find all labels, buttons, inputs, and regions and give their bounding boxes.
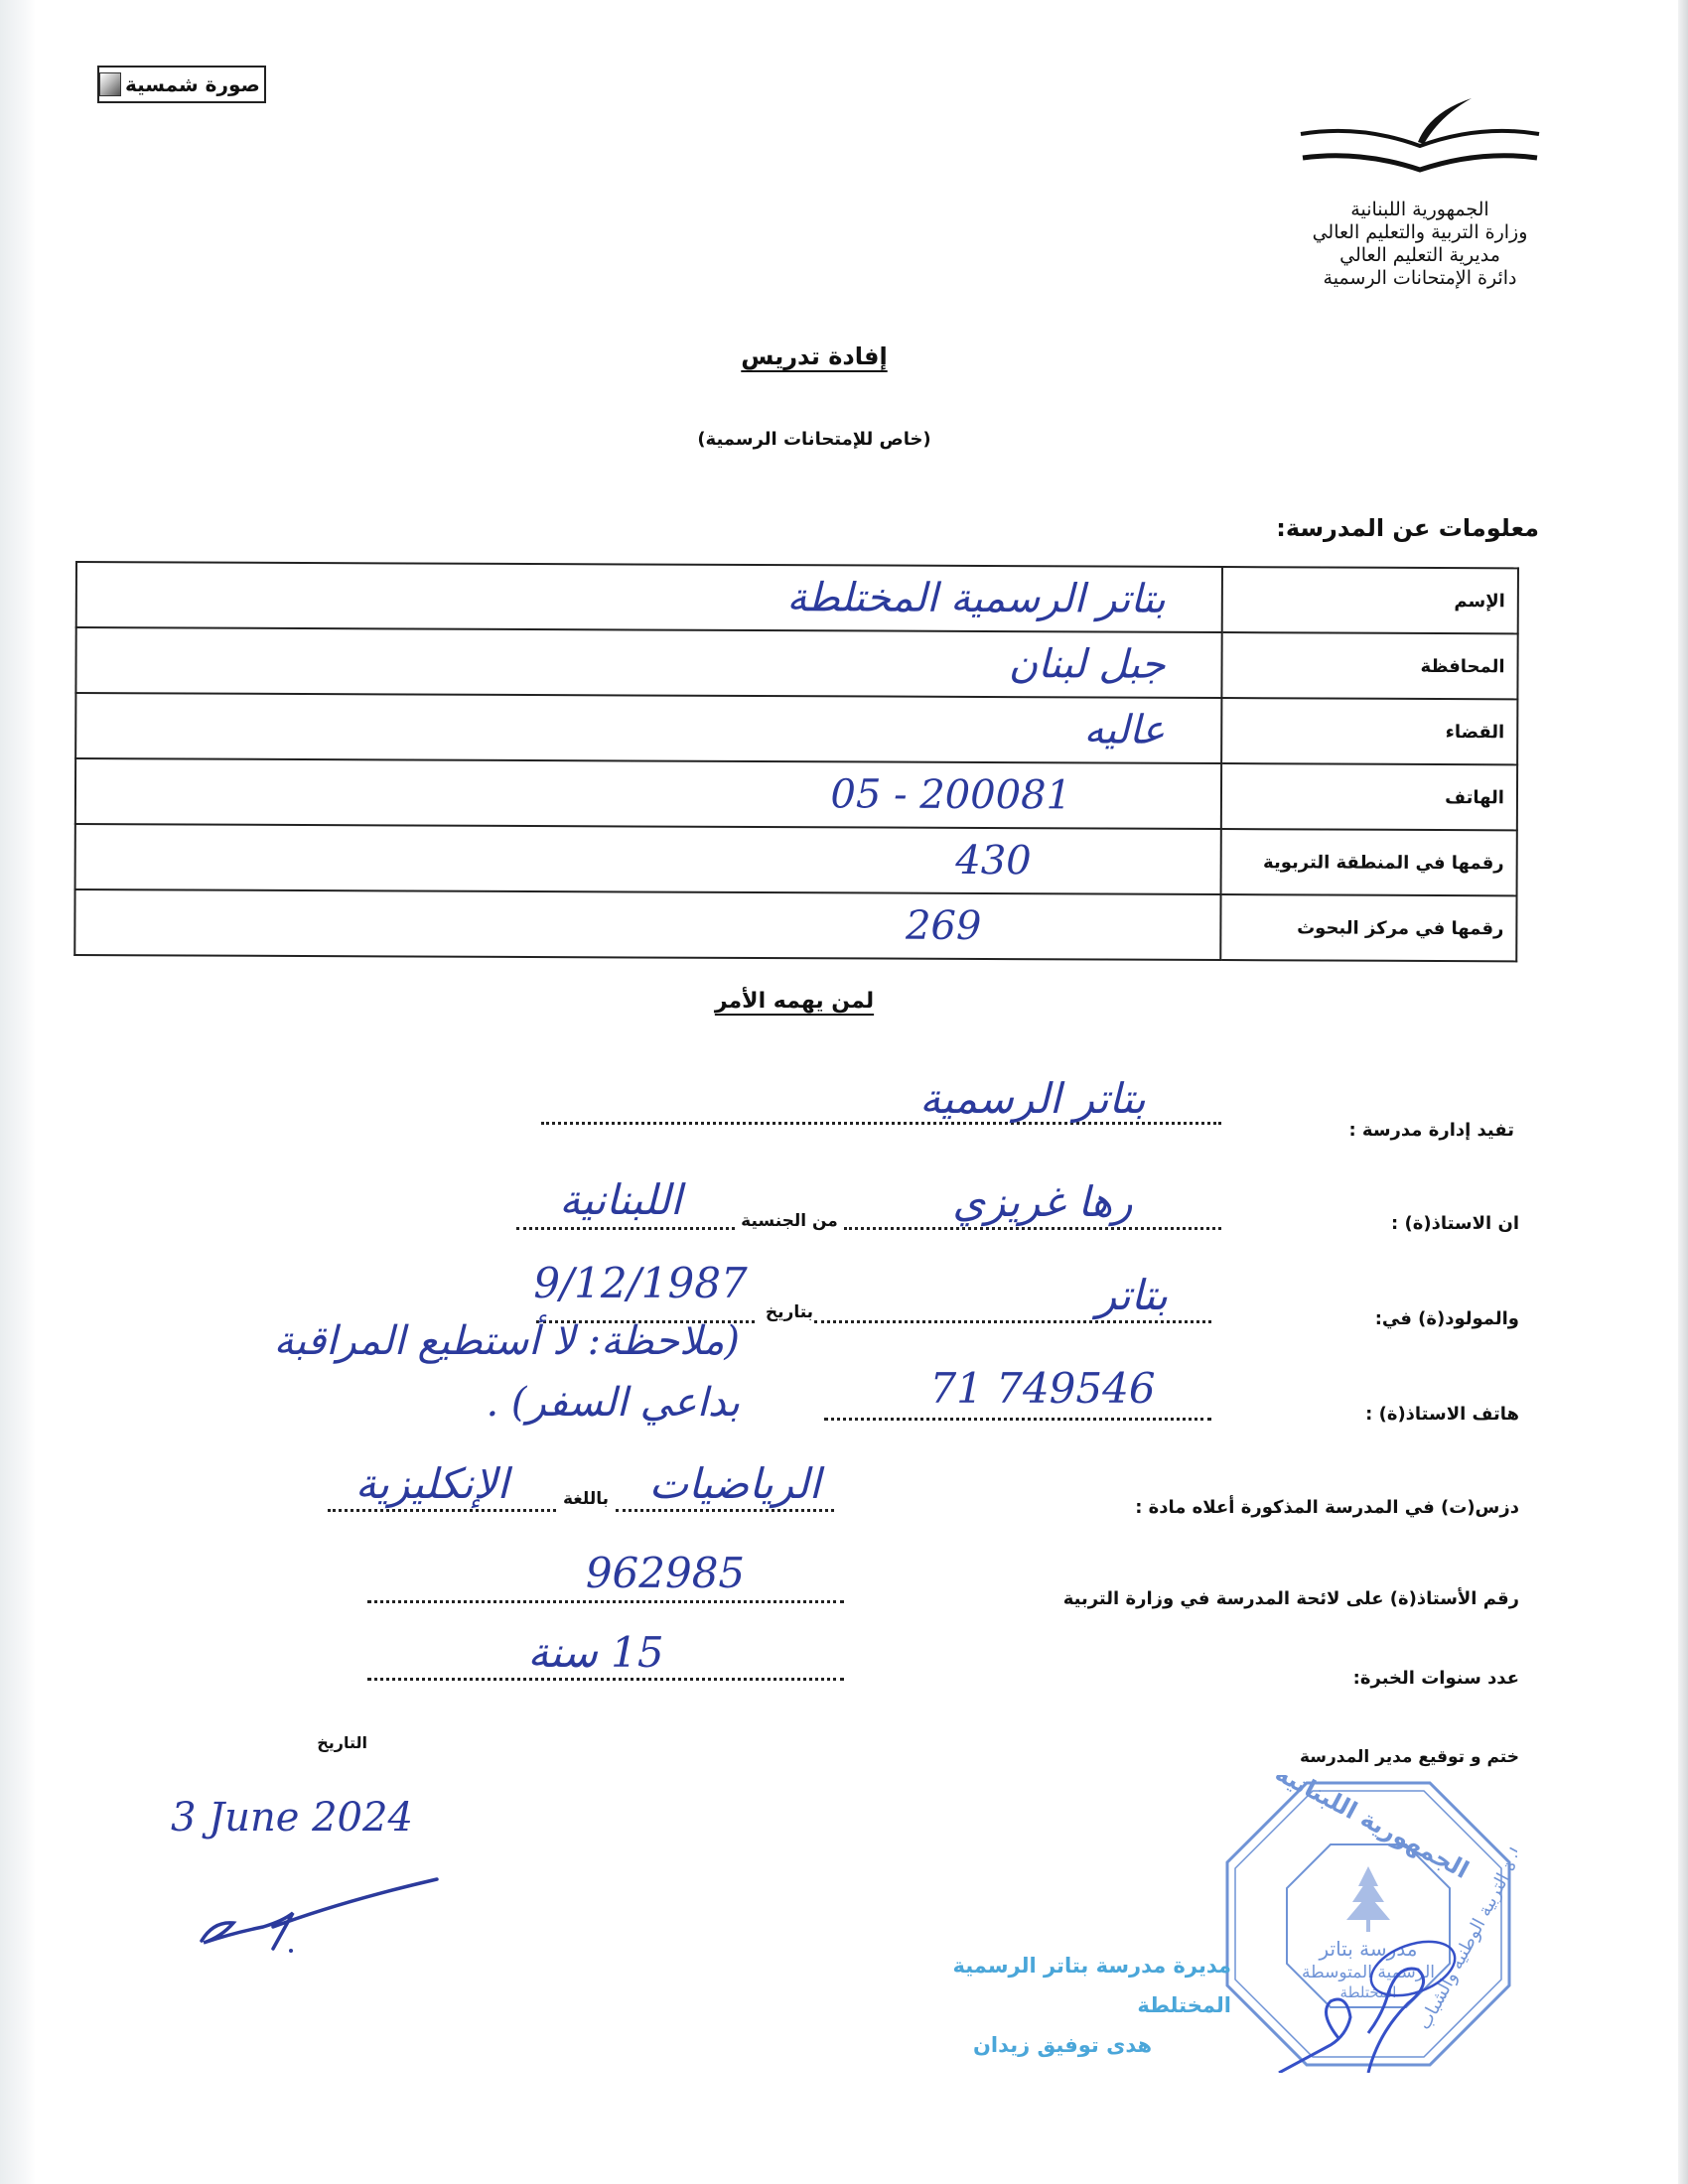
document-title: إفادة تدريس [695, 342, 933, 370]
director-block: مديرة مدرسة بتاتر الرسمية المختلطة هدى ت… [894, 1946, 1231, 2065]
phone-value: 05 - 200081 [75, 758, 1221, 829]
birth-date-value: 9/12/1987 [531, 1259, 750, 1307]
handwritten-value: 05 - 200081 [830, 771, 1071, 818]
date-value: 3 June 2024 [171, 1795, 489, 1841]
header-line-department: دائرة الإمتحانات الرسمية [1281, 267, 1559, 290]
nationality-label: من الجنسية [735, 1211, 844, 1231]
scan-left-edge [0, 0, 36, 2184]
teacher-phone-dotted-line [824, 1418, 1211, 1421]
research-center-number-value: 269 [74, 889, 1220, 960]
nationality-value: اللبنانية [506, 1175, 735, 1224]
teacher-phone-label: هاتف الاستاذ(ة) : [1321, 1404, 1519, 1425]
photo-placeholder: صورة شمسية [97, 66, 266, 103]
table-row: 269 رقمها في مركز البحوث [74, 889, 1516, 961]
experience-dotted-line [367, 1678, 844, 1681]
header-line-directorate: مديرية التعليم العالي [1281, 244, 1559, 267]
language-value: الإنكليزية [308, 1459, 556, 1508]
header-line-ministry: وزارة التربية والتعليم العالي [1281, 221, 1559, 244]
note-line-2: بداعي السفر) . [144, 1372, 740, 1433]
teacher-number-label: رقم الأستاذ(ة) على لائحة المدرسة في وزار… [1033, 1588, 1519, 1609]
birth-place-dotted-line [814, 1320, 1211, 1323]
subject-value: الرياضيات [616, 1459, 854, 1508]
school-info-table: بتاتر الرسمية المختلطة الإسم جبل لبنان ا… [73, 561, 1519, 962]
ministry-header: الجمهورية اللبنانية وزارة التربية والتعل… [1281, 199, 1559, 290]
birth-date-label: بتاريخ [755, 1302, 824, 1322]
photo-placeholder-label: صورة شمسية [125, 72, 260, 96]
stamp-signature-label: ختم و توقيع مدير المدرسة [1261, 1747, 1519, 1767]
language-dotted-line [328, 1509, 556, 1512]
school-admin-label: تفيد إدارة مدرسة : [1291, 1120, 1514, 1141]
note-line-1: (ملاحظة: لا أستطيع المراقبة [144, 1310, 740, 1372]
teacher-number-dotted-line [367, 1600, 844, 1603]
attention-text: لمن يهمه الأمر [715, 989, 874, 1014]
school-admin-value: بتاتر الرسمية [834, 1074, 1231, 1123]
nationality-dotted-line [516, 1227, 735, 1230]
director-title: مديرة مدرسة بتاتر الرسمية المختلطة [894, 1946, 1231, 2025]
date-label: التاريخ [298, 1733, 367, 1752]
book-and-quill-logo [1291, 94, 1549, 184]
handwritten-value: بتاتر الرسمية المختلطة [786, 575, 1166, 622]
educational-zone-number-label: رقمها في المنطقة التربوية [1221, 829, 1517, 895]
handwritten-note: (ملاحظة: لا أستطيع المراقبة بداعي السفر)… [144, 1310, 740, 1433]
subject-dotted-line [616, 1509, 834, 1512]
phone-label: الهاتف [1221, 763, 1517, 830]
district-label: القضاء [1221, 698, 1517, 764]
experience-value: 15 سنة [477, 1628, 715, 1677]
teacher-signature [194, 1871, 452, 1961]
school-stamp: مدرسة بتاتر الرسمية المتوسطة المختلطة ال… [1219, 1775, 1517, 2073]
school-info-heading: معلومات عن المدرسة: [1241, 514, 1539, 542]
subject-label: دزس(ت) في المدرسة المذكورة أعلاه مادة : [1092, 1497, 1519, 1518]
stamp-inner-line-2: الرسمية المتوسطة [1302, 1963, 1435, 1982]
table-row: 430 رقمها في المنطقة التربوية [75, 824, 1517, 895]
teacher-label: ان الاستاذ(ة) : [1340, 1213, 1519, 1234]
birth-place-label: والمولود(ة) في: [1360, 1308, 1519, 1329]
table-row: بتاتر الرسمية المختلطة الإسم [76, 562, 1518, 633]
school-name-label: الإسم [1222, 567, 1518, 633]
image-icon [99, 72, 121, 96]
birth-place-value: بتاتر [1053, 1271, 1211, 1319]
to-whom-it-may-concern: لمن يهمه الأمر [695, 989, 894, 1014]
table-row: 05 - 200081 الهاتف [75, 758, 1517, 830]
scan-right-edge [1678, 0, 1688, 2184]
handwritten-value: 269 [906, 903, 982, 949]
director-name: هدى توفيق زيدان [894, 2025, 1231, 2065]
district-value: عاليه [75, 693, 1221, 763]
teacher-name-dotted-line [844, 1227, 1221, 1230]
handwritten-value: جبل لبنان [1009, 641, 1166, 688]
header-line-republic: الجمهورية اللبنانية [1281, 199, 1559, 221]
teacher-name-value: رها غريزي [874, 1177, 1211, 1226]
table-row: جبل لبنان المحافظة [75, 627, 1517, 699]
governorate-value: جبل لبنان [75, 627, 1221, 698]
handwritten-value: عاليه [1083, 707, 1165, 752]
handwritten-value: 430 [955, 838, 1032, 884]
experience-label: عدد سنوات الخبرة: [1291, 1668, 1519, 1689]
school-name-value: بتاتر الرسمية المختلطة [76, 562, 1222, 632]
stamp-inner-line-1: مدرسة بتاتر [1318, 1937, 1417, 1961]
table-row: عاليه القضاء [75, 693, 1517, 764]
document-title-text: إفادة تدريس [741, 342, 887, 370]
teacher-phone-value: 71 749546 [904, 1364, 1182, 1413]
document-subtitle: (خاص للإمتحانات الرسمية) [645, 429, 983, 450]
research-center-number-label: رقمها في مركز البحوث [1220, 894, 1516, 961]
language-label: باللغة [556, 1489, 616, 1509]
teacher-number-value: 962985 [556, 1549, 774, 1597]
educational-zone-number-value: 430 [75, 824, 1221, 894]
governorate-label: المحافظة [1221, 632, 1517, 699]
